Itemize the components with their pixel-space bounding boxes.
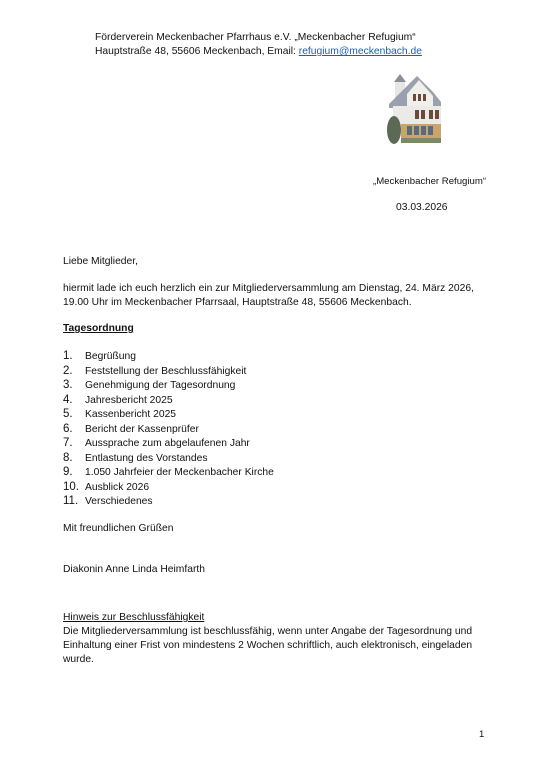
signature: Diakonin Anne Linda Heimfarth bbox=[63, 563, 205, 578]
agenda-item: 2.Feststellung der Beschlussfähigkeit bbox=[63, 364, 274, 379]
agenda-item-number: 8. bbox=[63, 451, 85, 466]
agenda-item-text: Begrüßung bbox=[85, 351, 136, 362]
agenda-item: 4.Jahresbericht 2025 bbox=[63, 393, 274, 408]
note-heading: Hinweis zur Beschlussfähigkeit bbox=[63, 611, 204, 626]
agenda-item: 5.Kassenbericht 2025 bbox=[63, 407, 274, 422]
agenda-item-number: 9. bbox=[63, 465, 85, 480]
agenda-item: 8.Entlastung des Vorstandes bbox=[63, 451, 274, 466]
letter-date: 03.03.2026 bbox=[396, 202, 448, 213]
agenda-item-number: 6. bbox=[63, 422, 85, 437]
org-short-name: „Meckenbacher Refugium“ bbox=[373, 176, 486, 187]
agenda-item-number: 1. bbox=[63, 349, 85, 364]
agenda-item-number: 3. bbox=[63, 378, 85, 393]
agenda-item-text: Entlastung des Vorstandes bbox=[85, 453, 208, 464]
agenda-item: 1.Begrüßung bbox=[63, 349, 274, 364]
closing: Mit freundlichen Grüßen bbox=[63, 522, 173, 537]
intro-line-2: 19.00 Uhr im Meckenbacher Pfarrsaal, Hau… bbox=[63, 296, 412, 311]
page-number: 1 bbox=[479, 729, 484, 740]
agenda-heading: Tagesordnung bbox=[63, 322, 134, 337]
agenda-item-text: Kassenbericht 2025 bbox=[85, 409, 176, 420]
house-photo-icon bbox=[387, 68, 443, 146]
agenda-item: 10.Ausblick 2026 bbox=[63, 480, 274, 495]
agenda-item-text: Aussprache zum abgelaufenen Jahr bbox=[85, 438, 250, 449]
agenda-item-text: Genehmigung der Tagesordnung bbox=[85, 380, 235, 391]
agenda-item-number: 4. bbox=[63, 393, 85, 408]
agenda-item-number: 5. bbox=[63, 407, 85, 422]
agenda-item-text: Bericht der Kassenprüfer bbox=[85, 424, 199, 435]
agenda-item-number: 10. bbox=[63, 480, 85, 495]
note-line-3: wurde. bbox=[63, 653, 94, 668]
agenda-item-text: Verschiedenes bbox=[85, 496, 153, 507]
header-address: Hauptstraße 48, 55606 Meckenbach, Email: bbox=[95, 46, 299, 57]
agenda-item-text: Feststellung der Beschlussfähigkeit bbox=[85, 366, 246, 377]
header-address-line: Hauptstraße 48, 55606 Meckenbach, Email:… bbox=[95, 45, 422, 58]
agenda-item-text: Ausblick 2026 bbox=[85, 482, 149, 493]
agenda-item-number: 2. bbox=[63, 364, 85, 379]
note-line-1: Die Mitgliederversammlung ist beschlussf… bbox=[63, 625, 472, 640]
agenda-list: 1.Begrüßung2.Feststellung der Beschlussf… bbox=[63, 349, 274, 509]
intro-line-1: hiermit lade ich euch herzlich ein zur M… bbox=[63, 282, 474, 297]
agenda-item: 3.Genehmigung der Tagesordnung bbox=[63, 378, 274, 393]
email-link[interactable]: refugium@meckenbach.de bbox=[299, 46, 422, 57]
agenda-item-number: 7. bbox=[63, 436, 85, 451]
agenda-item-text: 1.050 Jahrfeier der Meckenbacher Kirche bbox=[85, 467, 274, 478]
header-org-line: Förderverein Meckenbacher Pfarrhaus e.V.… bbox=[95, 31, 416, 44]
agenda-item: 9.1.050 Jahrfeier der Meckenbacher Kirch… bbox=[63, 465, 274, 480]
salutation: Liebe Mitglieder, bbox=[63, 255, 138, 270]
agenda-item: 6.Bericht der Kassenprüfer bbox=[63, 422, 274, 437]
agenda-item: 11.Verschiedenes bbox=[63, 494, 274, 509]
note-line-2: Einhaltung einer Frist von mindestens 2 … bbox=[63, 639, 472, 654]
agenda-item: 7.Aussprache zum abgelaufenen Jahr bbox=[63, 436, 274, 451]
agenda-item-text: Jahresbericht 2025 bbox=[85, 395, 173, 406]
agenda-item-number: 11. bbox=[63, 494, 85, 509]
